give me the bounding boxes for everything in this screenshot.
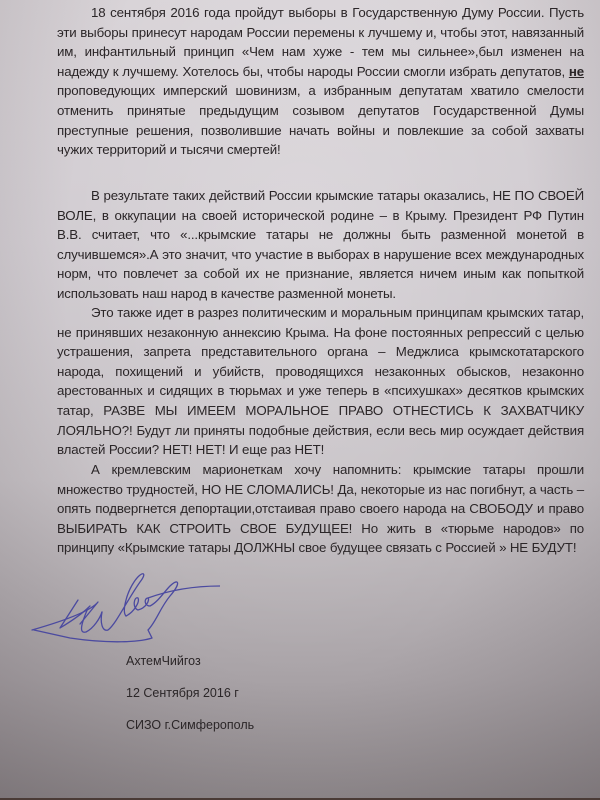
- paragraph-repressions: Это также идет в разрез политическим и м…: [57, 303, 584, 460]
- author-name: АхтемЧийгоз: [126, 654, 201, 668]
- paragraph-elections: 18 сентября 2016 года пройдут выборы в Г…: [57, 3, 584, 160]
- signature-place: СИЗО г.Симферополь: [126, 718, 254, 732]
- handwritten-signature-icon: [30, 572, 220, 652]
- paragraph-text: 18 сентября 2016 года пройдут выборы в Г…: [57, 5, 584, 79]
- paragraph-occupation: В результате таких действий России крымс…: [57, 186, 584, 304]
- paragraph-kremlin: А кремлевским марионеткам хочу напомнить…: [57, 460, 584, 558]
- signature-date: 12 Сентября 2016 г: [126, 686, 239, 700]
- emphasis-not: не: [569, 64, 584, 79]
- paragraph-text: проповедующих имперский шовинизм, а избр…: [57, 83, 584, 157]
